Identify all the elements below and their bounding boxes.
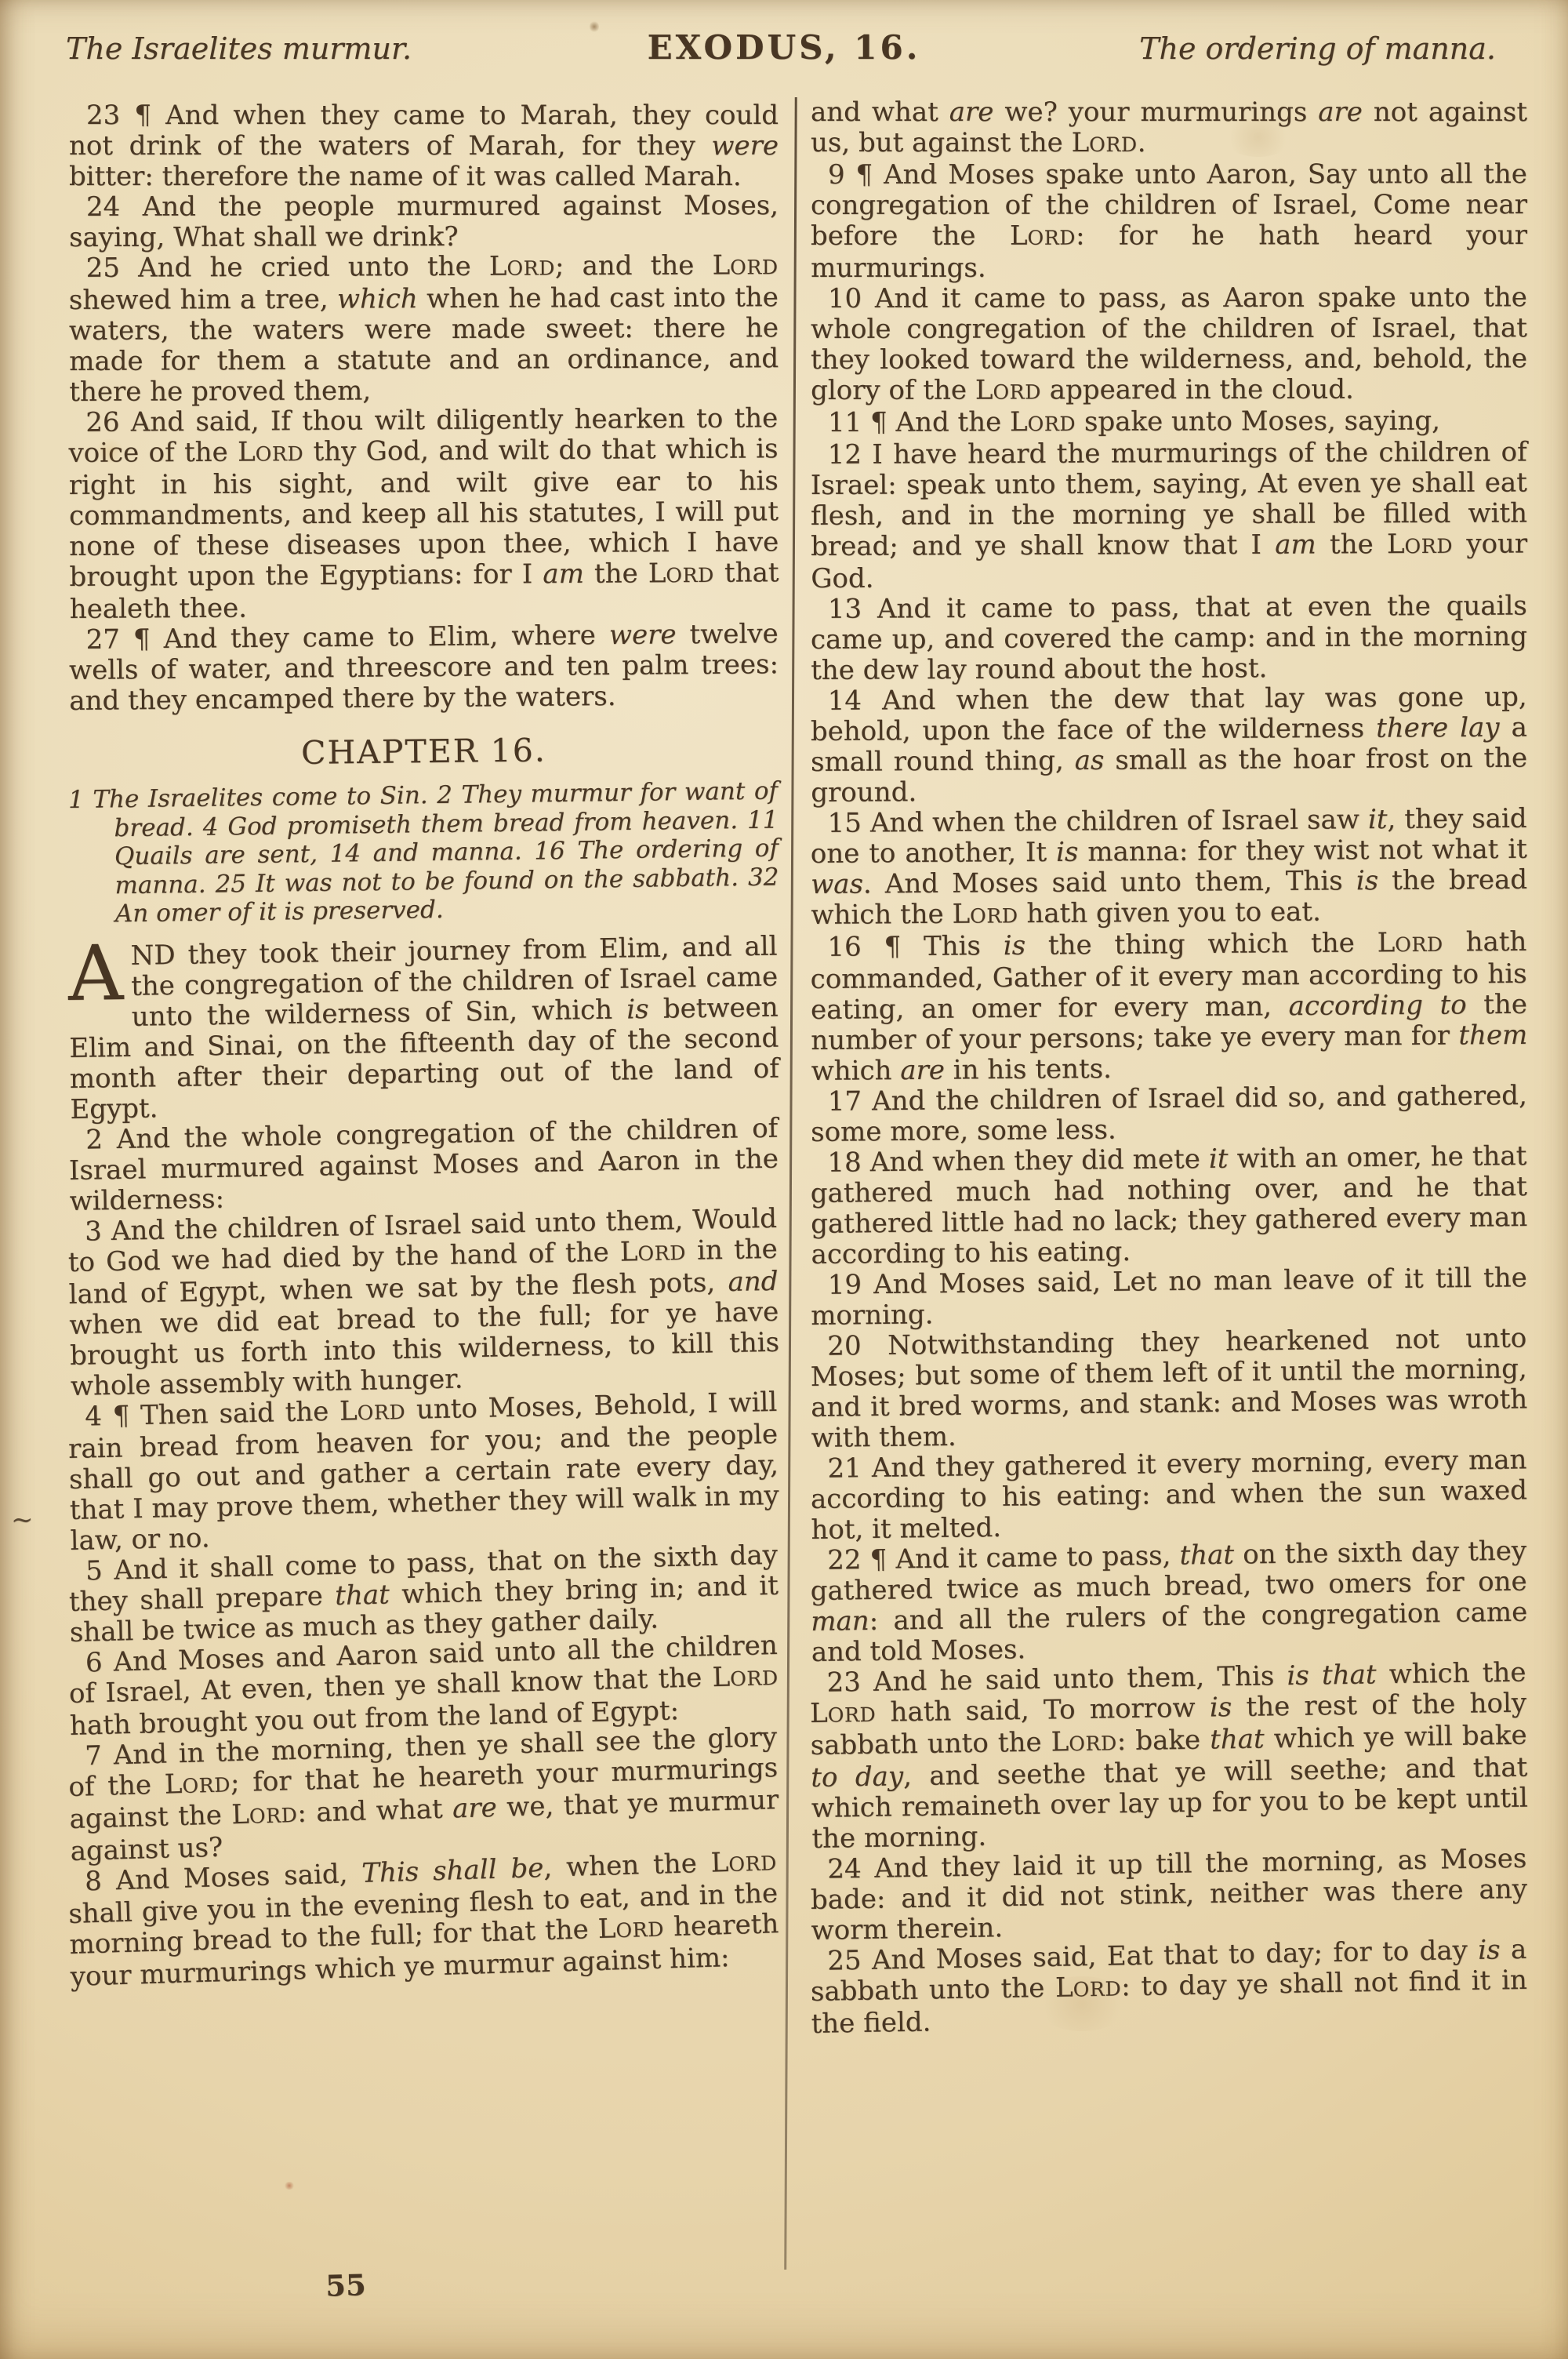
italic-run: them (1458, 1020, 1527, 1052)
text-run: the (584, 558, 648, 590)
verse-paragraph: 26 And said, If thou wilt diligently hea… (68, 403, 779, 625)
lord-small-caps-rest: ORD (1404, 535, 1453, 558)
lord-small-caps-rest: ORD (970, 904, 1018, 927)
lord-small-caps-rest: ORD (993, 380, 1041, 403)
italic-run: It was not to be found on the sabbath. (256, 863, 739, 898)
lord-small-caps: LORD (1010, 406, 1076, 438)
italic-run: and manna. (372, 838, 522, 867)
italic-run: are (452, 1791, 498, 1824)
lord-small-caps-rest: ORD (615, 1917, 664, 1942)
chapter-summary: 1 The Israelites come to Sin. 2 They mur… (68, 776, 779, 929)
italic-run: is (1478, 1934, 1501, 1965)
text-run: : and all the rulers of the congregation… (811, 1597, 1528, 1668)
text-run: . (1138, 127, 1146, 158)
italic-run: that (1179, 1539, 1234, 1572)
lord-small-caps: LORD (1010, 220, 1076, 252)
lord-small-caps: LORD (712, 1659, 779, 1692)
lord-small-caps: LORD (712, 249, 778, 281)
text-run: CHAPTER 16. (301, 732, 546, 772)
lord-small-caps: LORD (1051, 1725, 1117, 1757)
lord-small-caps: LORD (1055, 1971, 1122, 2003)
lord-small-caps-rest: ORD (1069, 1732, 1117, 1755)
verse-paragraph: 9 ¶ And Moses spake unto Aaron, Say unto… (811, 159, 1527, 284)
text-run: the thing which the (1025, 927, 1377, 961)
lord-small-caps-rest: ORD (1089, 133, 1138, 156)
verse-paragraph: 24 And they laid it up till the morning,… (810, 1844, 1528, 1946)
lord-small-caps-rest: ORD (256, 442, 304, 465)
lord-small-caps-rest: ORD (182, 1773, 230, 1797)
text-run: ; and the (555, 250, 713, 282)
lord-small-caps-rest: ORD (637, 1241, 686, 1265)
lord-small-caps: LORD (975, 374, 1041, 405)
text-run: appeared in the cloud. (1041, 374, 1354, 406)
lord-small-caps-rest: ORD (1073, 1977, 1121, 2001)
lord-small-caps: LORD (164, 1767, 230, 1800)
page-number: 55 (310, 2267, 381, 2303)
lord-small-caps-rest: ORD (506, 256, 555, 279)
lord-small-caps-rest: ORD (1028, 227, 1076, 249)
verse-paragraph: 25 And he cried unto the LORD; and the L… (69, 250, 779, 408)
text-run: 16 ¶ This (827, 930, 1004, 963)
text-run: when we did eat bread to the full; for y… (69, 1296, 779, 1401)
verse-continuation-paragraph: and what are we? your murmurings are not… (811, 97, 1527, 160)
verse-paragraph: 22 ¶ And it came to pass, that on the si… (810, 1536, 1528, 1668)
italic-run: it (1368, 804, 1388, 835)
text-run: 32 (739, 863, 779, 892)
verse-paragraph: 4 ¶ Then said the LORD unto Moses, Behol… (67, 1387, 780, 1556)
text-run: which (811, 1055, 900, 1087)
chapter-heading: CHAPTER 16. (69, 729, 779, 773)
text-run: the (1316, 529, 1387, 560)
italic-run: is (626, 994, 649, 1025)
right-column: and what are we? your murmurings are not… (811, 97, 1527, 2040)
lord-small-caps-rest: ORD (730, 256, 779, 278)
verse-paragraph: 21 And they gathered it every morning, e… (810, 1445, 1527, 1546)
text-run: 20 Notwithstanding they hearkened not un… (811, 1322, 1528, 1454)
verse-paragraph: 23 And he said unto them, This is that w… (809, 1658, 1528, 1855)
verse-paragraph: 7 And in the morning, then ye shall see … (67, 1722, 780, 1867)
italic-run: is (1356, 865, 1379, 896)
italic-run: is that (1287, 1659, 1377, 1692)
italic-run: Quails are sent, (114, 840, 318, 871)
verse-paragraph: 17 And the children of Israel did so, an… (811, 1081, 1528, 1148)
verse-paragraph: 15 And when the children of Israel saw i… (810, 804, 1527, 932)
verse-paragraph: 20 Notwithstanding they hearkened not un… (810, 1323, 1528, 1454)
italic-run: are (1318, 96, 1363, 128)
italic-run: am (543, 558, 584, 590)
lord-small-caps: LORD (489, 250, 555, 282)
italic-run: This shall be (361, 1852, 544, 1889)
text-run: spake unto Moses, saying, (1076, 405, 1440, 438)
italic-run: were (609, 619, 677, 651)
lord-small-caps: LORD (1387, 529, 1453, 560)
text-run: 2 And the whole congregation of the chil… (69, 1112, 779, 1216)
text-run: 18 And when they did mete (827, 1143, 1209, 1179)
lord-small-caps-rest: ORD (1028, 413, 1076, 435)
verse-paragraph: 23 ¶ And when they came to Marah, they c… (69, 100, 779, 192)
text-run: 13 And it came to pass, that at even the… (811, 591, 1527, 686)
text-run: , when the (543, 1847, 712, 1883)
italic-run: is (1210, 1692, 1232, 1723)
italic-run: is (1056, 837, 1079, 868)
running-head-right: The ordering of manna. (1139, 31, 1496, 66)
running-head: The Israelites murmur. EXODUS, 16. The o… (0, 0, 1568, 86)
lord-small-caps-rest: ORD (1395, 933, 1443, 956)
lord-small-caps: LORD (1072, 127, 1138, 158)
text-run: : and what (297, 1793, 453, 1828)
text-run: 11 (738, 805, 779, 834)
verse-paragraph: 13 And it came to pass, that at even the… (811, 591, 1528, 686)
italic-run: it (1209, 1143, 1229, 1175)
verse-paragraph: 24 And the people murmured against Moses… (69, 191, 779, 253)
italic-run: are (900, 1055, 945, 1086)
drop-cap-letter: A (67, 943, 123, 1003)
italic-run: as (1075, 745, 1105, 776)
italic-run: to day (811, 1761, 903, 1794)
scanned-bible-page: The Israelites murmur. EXODUS, 16. The o… (0, 0, 1568, 2359)
italic-run: was (811, 869, 863, 900)
text-run: 14 (318, 839, 373, 868)
italic-run: which (337, 283, 418, 314)
lord-small-caps: LORD (710, 1845, 777, 1878)
text-run: , and seethe that ye will seethe; and th… (811, 1752, 1528, 1855)
text-run: 17 And the children of Israel did so, an… (811, 1080, 1527, 1148)
lord-small-caps: LORD (1377, 927, 1443, 959)
lord-small-caps: LORD (952, 898, 1018, 930)
italic-run: is (1004, 930, 1026, 961)
verse-paragraph: 11 ¶ And the LORD spake unto Moses, sayi… (811, 405, 1527, 440)
text-run: 16 (521, 837, 577, 866)
paper-stain (284, 2182, 295, 2190)
italic-run: are (949, 96, 994, 128)
lord-small-caps-rest: ORD (828, 1703, 877, 1727)
lord-small-caps-rest: ORD (730, 1666, 779, 1690)
italic-run: there lay (1376, 712, 1500, 744)
text-run: 19 And Moses said, Let no man leave of i… (811, 1262, 1527, 1332)
text-run: 25 (205, 869, 256, 898)
lord-small-caps: LORD (648, 558, 714, 590)
lord-small-caps: LORD (597, 1911, 664, 1944)
text-run: 21 And they gathered it every morning, e… (811, 1444, 1527, 1546)
lord-small-caps: LORD (619, 1235, 686, 1268)
lord-small-caps-rest: ORD (249, 1803, 298, 1827)
verse-paragraph: 18 And when they did mete it with an ome… (810, 1141, 1527, 1270)
verse-paragraph: 16 ¶ This is the thing which the LORD ha… (810, 927, 1528, 1087)
italic-run: were (711, 130, 779, 162)
verse-paragraph: 2 And the whole congregation of the chil… (68, 1113, 779, 1216)
text-run: 11 ¶ And the (828, 406, 1010, 438)
verse-paragraph: 27 ¶ And they came to Elim, where were t… (68, 619, 779, 717)
lord-small-caps: LORD (339, 1394, 406, 1427)
verse-paragraph: 3 And the children of Israel said unto t… (67, 1203, 780, 1401)
italic-run: The Israelites come to Sin. (93, 781, 428, 813)
text-run: 27 ¶ And they came to Elim, where (85, 620, 609, 656)
margin-print-mark: ~ (11, 1504, 34, 1536)
lord-small-caps: LORD (810, 1697, 877, 1729)
text-run: we? your murmurings (993, 96, 1318, 128)
text-run: 24 And the people murmured against Moses… (69, 190, 779, 253)
text-run: 2 (427, 781, 461, 810)
italic-run: am (1275, 529, 1316, 561)
italic-run: An omer of it is preserved. (115, 896, 444, 928)
italic-run: that (1210, 1724, 1265, 1756)
text-run: shewed him a tree, (69, 284, 337, 316)
text-run: 1 (68, 786, 93, 814)
column-divider-rule (784, 97, 797, 2270)
text-run: . And Moses said unto them, This (863, 865, 1356, 900)
text-run: hath given you to eat. (1018, 896, 1320, 930)
lord-small-caps: LORD (238, 436, 303, 468)
text-run: which ye will bake (1264, 1720, 1527, 1755)
italic-run: man (811, 1605, 869, 1637)
italic-run: and (728, 1265, 779, 1297)
italic-run: according to (1288, 989, 1466, 1022)
verse-paragraph: 10 And it came to pass, as Aaron spake u… (811, 282, 1527, 408)
italic-run: that (335, 1579, 390, 1612)
text-run: bitter: therefore the name of it was cal… (69, 161, 742, 192)
text-run: 15 And when the children of Israel saw (827, 804, 1368, 839)
verse-paragraph: 19 And Moses said, Let no man leave of i… (811, 1263, 1528, 1332)
text-run: manna: for they wist not what it (1078, 834, 1527, 868)
text-run: 4 ¶ Then said the (85, 1395, 340, 1432)
text-run: which the (1376, 1657, 1526, 1691)
text-run: and what (811, 96, 949, 128)
verse-paragraph: 12 I have heard the murmurings of the ch… (811, 437, 1528, 594)
left-column: 23 ¶ And when they came to Marah, they c… (69, 100, 779, 1993)
text-run: hath said, To morrow (876, 1692, 1210, 1728)
text-run: 4 (193, 812, 227, 841)
text-run: 23 ¶ And when they came to Marah, they c… (69, 100, 779, 162)
verse-paragraph: 25 And Moses said, Eat that to day; for … (810, 1935, 1528, 2040)
lord-small-caps-rest: ORD (666, 564, 714, 587)
lord-small-caps: LORD (231, 1797, 298, 1830)
verse-paragraph: 14 And when the dew that lay was gone up… (811, 682, 1528, 809)
text-run: 25 And he cried unto the (86, 251, 489, 284)
opening-verse-paragraph: AND they took their journey from Elim, a… (67, 931, 779, 1125)
lord-small-caps-rest: ORD (357, 1400, 405, 1423)
text-run: 24 And they laid it up till the morning,… (811, 1843, 1528, 1946)
verse-paragraph: 8 And Moses said, This shall be, when th… (67, 1846, 780, 1993)
text-run: in his tents. (945, 1053, 1112, 1086)
text-run: : bake (1116, 1725, 1210, 1757)
lord-small-caps-rest: ORD (728, 1852, 777, 1876)
